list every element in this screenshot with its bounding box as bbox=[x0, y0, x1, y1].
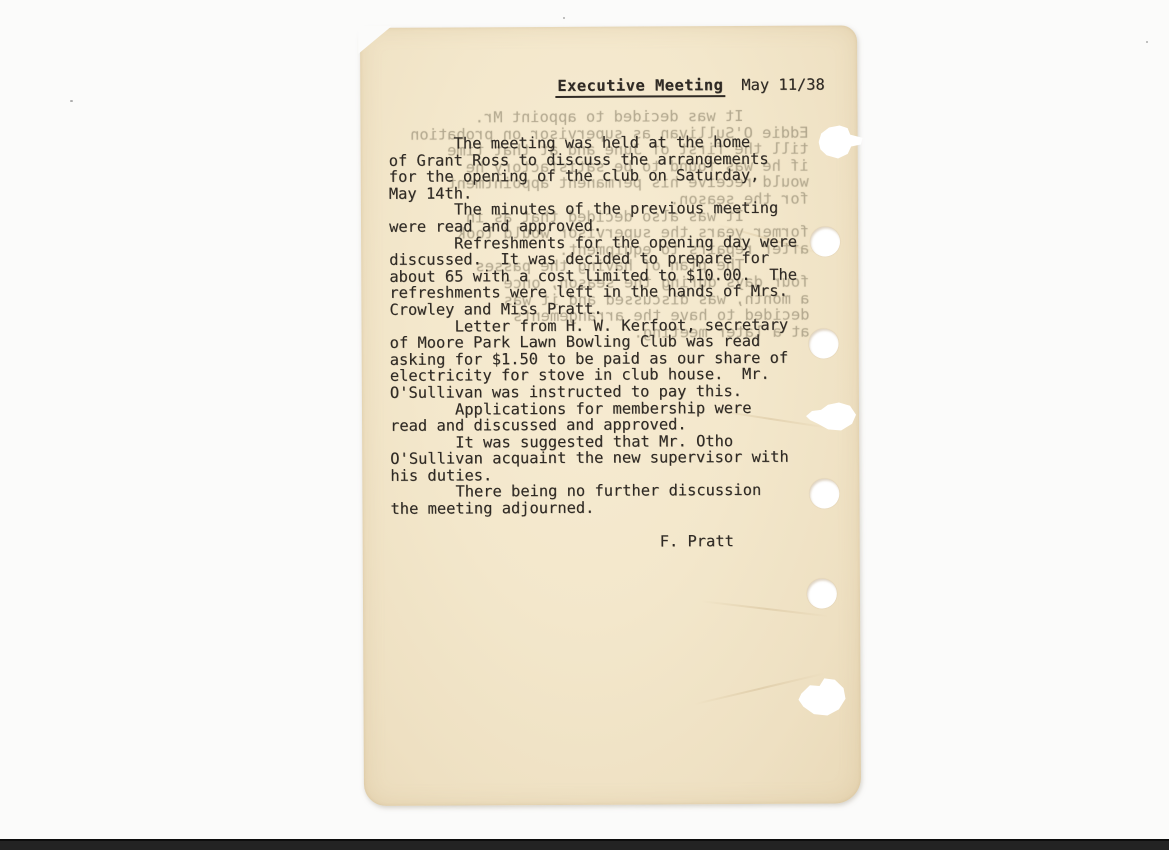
punch-hole bbox=[807, 579, 837, 609]
scanned-page: It was decided to appoint Mr.Eddie O'Sul… bbox=[360, 25, 861, 806]
dust-speck bbox=[70, 100, 73, 102]
punch-hole bbox=[797, 677, 845, 715]
scanner-background: It was decided to appoint Mr.Eddie O'Sul… bbox=[0, 0, 1169, 850]
dust-speck bbox=[1146, 41, 1148, 43]
punch-hole bbox=[809, 478, 839, 508]
punch-hole bbox=[810, 226, 840, 256]
punch-hole bbox=[809, 328, 839, 358]
scanner-edge-strip bbox=[0, 839, 1169, 850]
dust-speck bbox=[563, 17, 565, 19]
punch-holes-layer bbox=[360, 25, 861, 806]
punch-hole bbox=[819, 125, 863, 158]
punch-hole bbox=[806, 402, 856, 430]
